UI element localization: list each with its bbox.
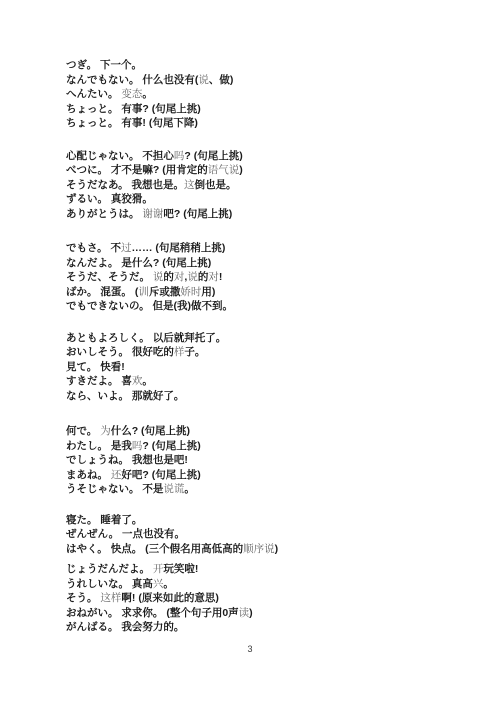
text-run: べつに。 才不是嘛? (用肯定的: [66, 164, 208, 176]
text-run: なら、いよ。 那就好了。: [66, 390, 184, 402]
text-run: 。: [184, 483, 195, 495]
text-run: ): [239, 164, 243, 176]
text-run: まあね。: [66, 469, 111, 481]
text-run: うそじゃない。 不是: [66, 483, 163, 495]
text-run: 吧? (句尾上挑): [163, 208, 232, 220]
simplified-text-run: 对: [208, 271, 219, 283]
text-run: ): [249, 607, 253, 619]
phrase-line: へんたい。 变态。: [66, 87, 470, 102]
phrase-line: なんだよ。 是什么? (句尾上挑): [66, 256, 470, 271]
phrase-line: でもさ。 不过…… (句尾稍稍上挑): [66, 241, 470, 256]
text-run: !: [219, 271, 223, 283]
text-run: おいしそう。 很好吃的: [66, 346, 174, 358]
text-run: ずるい。 真狡猾。: [66, 193, 153, 205]
text-run: でしょうね。 我想也是吧!: [66, 454, 188, 466]
text-run: 見て。 快看!: [66, 361, 125, 373]
simplified-text-run: 说: [187, 271, 198, 283]
simplified-text-run: 顺序说: [243, 543, 275, 555]
text-run: 。: [163, 578, 174, 590]
phrase-line: 見て。 快看!: [66, 360, 470, 375]
simplified-text-run: 开: [153, 563, 164, 575]
phrase-line: おねがい。 求求你。 (整个句子用0声读): [66, 606, 470, 621]
phrase-block: つぎ。 下一个。なんでもない。 什么也没有(说、做)へんたい。 变态。ちょっと。…: [66, 58, 470, 131]
text-run: そう。: [66, 592, 100, 604]
text-run: 。: [142, 375, 153, 387]
text-run: ): [275, 543, 279, 555]
text-run: でもさ。 不: [66, 242, 121, 254]
text-run: 的: [198, 271, 209, 283]
phrase-block: 何で。 为什么? (句尾上挑)わたし。 是我吗? (句尾上挑)でしょうね。 我想…: [66, 424, 470, 497]
phrase-line: がんばる。 我会努力的。: [66, 620, 470, 635]
phrase-line: なら、いよ。 那就好了。: [66, 389, 470, 404]
text-run: 寝た。 睡着了。: [66, 514, 142, 526]
text-run: そうだなあ。 我想也是。: [66, 179, 184, 191]
simplified-text-run: 说谎: [163, 483, 184, 495]
text-run: でもできないの。 但是(我)做不到。: [66, 300, 233, 312]
phrase-line: なんでもない。 什么也没有(说、做): [66, 73, 470, 88]
text-run: なんでもない。 什么也没有(: [66, 74, 198, 86]
phrase-line: おいしそう。 很好吃的样子。: [66, 345, 470, 360]
phrase-line: 心配じゃない。 不担心吗? (句尾上挑): [66, 149, 470, 164]
text-run: ちょっと。 有事? (句尾上挑): [66, 103, 201, 115]
text-run: 啊! (原来如此的意思): [121, 592, 218, 604]
text-run: 倒也是。: [195, 179, 237, 191]
text-run: じょうだんだよ。: [66, 563, 153, 575]
phrase-line: ぜんぜん。 一点也没有。: [66, 527, 470, 542]
text-run: へんたい。: [66, 88, 121, 100]
text-run: 子。: [184, 346, 205, 358]
simplified-text-run: 这: [184, 179, 195, 191]
phrase-line: まあね。 还好吧? (句尾上挑): [66, 468, 470, 483]
simplified-text-run: 语气说: [208, 164, 240, 176]
simplified-text-run: 吗: [174, 150, 185, 162]
simplified-text-run: 这样: [100, 592, 121, 604]
phrase-block: でもさ。 不过…… (句尾稍稍上挑)なんだよ。 是什么? (句尾上挑)そうだ、そ…: [66, 241, 470, 314]
text-run: そうだ、そうだ。: [66, 271, 153, 283]
text-run: 心配じゃない。 不担心: [66, 150, 174, 162]
text-run: なんだよ。 是什么? (句尾上挑): [66, 257, 211, 269]
phrase-line: すきだよ。 喜欢。: [66, 374, 470, 389]
phrase-line: ありがとうは。 谢谢吧? (句尾上挑): [66, 207, 470, 222]
phrase-line: そうだ、そうだ。 说的对,说的对!: [66, 270, 470, 285]
simplified-text-run: 为: [100, 425, 111, 437]
document-page: つぎ。 下一个。なんでもない。 什么也没有(说、做)へんたい。 变态。ちょっと。…: [0, 0, 500, 707]
phrase-line: じょうだんだよ。 开玩笑啦!: [66, 562, 470, 577]
phrase-line: ずるい。 真狡猾。: [66, 192, 470, 207]
phrase-line: 寝た。 睡着了。: [66, 513, 470, 528]
simplified-text-run: 过: [121, 242, 132, 254]
phrase-list: つぎ。 下一个。なんでもない。 什么也没有(说、做)へんたい。 变态。ちょっと。…: [0, 0, 500, 654]
text-run: 好吧? (句尾上挑): [121, 469, 200, 481]
phrase-line: わたし。 是我吗? (句尾上挑): [66, 439, 470, 454]
phrase-line: 何で。 为什么? (句尾上挑): [66, 424, 470, 439]
phrase-line: でもできないの。 但是(我)做不到。: [66, 299, 470, 314]
simplified-text-run: 欢: [132, 375, 143, 387]
text-run: 玩笑啦!: [163, 563, 198, 575]
simplified-text-run: 训: [138, 286, 149, 298]
text-run: あともよろしく。 以后就拜托了。: [66, 332, 226, 344]
text-run: ちょっと。 有事! (句尾下降): [66, 117, 198, 129]
phrase-line: うそじゃない。 不是说谎。: [66, 482, 470, 497]
text-run: つぎ。 下一个。: [66, 59, 142, 71]
phrase-block: 寝た。 睡着了。ぜんぜん。 一点也没有。はやく。 快点。 (三个假名用高低高的顺…: [66, 513, 470, 557]
phrase-line: ばか。 混蛋。 (训斥或撒娇时用): [66, 285, 470, 300]
simplified-text-run: 兴: [153, 578, 164, 590]
phrase-line: そうだなあ。 我想也是。这倒也是。: [66, 178, 470, 193]
text-run: がんばる。 我会努力的。: [66, 621, 184, 633]
phrase-line: でしょうね。 我想也是吧!: [66, 453, 470, 468]
phrase-line: ちょっと。 有事! (句尾下降): [66, 116, 470, 131]
text-run: ありがとうは。: [66, 208, 142, 220]
phrase-line: そう。 这样啊! (原来如此的意思): [66, 591, 470, 606]
simplified-text-run: 谢谢: [142, 208, 163, 220]
text-run: 何で。: [66, 425, 100, 437]
simplified-text-run: 说: [153, 271, 164, 283]
page-number: 3: [0, 644, 500, 654]
phrase-line: べつに。 才不是嘛? (用肯定的语气说): [66, 163, 470, 178]
phrase-line: うれしいな。 真高兴。: [66, 577, 470, 592]
text-run: 斥或撒: [149, 286, 181, 298]
text-run: ? (句尾上挑): [184, 150, 242, 162]
text-run: 用): [201, 286, 215, 298]
text-run: …… (句尾稍稍上挑): [132, 242, 226, 254]
simplified-text-run: 对: [174, 271, 185, 283]
text-run: うれしいな。 真高: [66, 578, 153, 590]
phrase-line: あともよろしく。 以后就拜托了。: [66, 331, 470, 346]
simplified-text-run: 变态: [121, 88, 142, 100]
phrase-line: つぎ。 下一个。: [66, 58, 470, 73]
phrase-line: はやく。 快点。 (三个假名用高低高的顺序说): [66, 542, 470, 557]
text-run: ばか。 混蛋。 (: [66, 286, 138, 298]
text-run: わたし。 是我: [66, 440, 132, 452]
phrase-line: ちょっと。 有事? (句尾上挑): [66, 102, 470, 117]
text-run: 。: [142, 88, 153, 100]
text-run: おねがい。 求求你。 (整个句子用0声: [66, 607, 239, 619]
text-run: すきだよ。 喜: [66, 375, 132, 387]
simplified-text-run: 吗: [132, 440, 143, 452]
text-run: 什么? (句尾上挑): [111, 425, 190, 437]
text-run: ぜんぜん。 一点也没有。: [66, 528, 185, 540]
simplified-text-run: 读: [239, 607, 250, 619]
text-run: ? (句尾上挑): [142, 440, 200, 452]
phrase-block: 心配じゃない。 不担心吗? (句尾上挑)べつに。 才不是嘛? (用肯定的语气说)…: [66, 149, 470, 222]
text-run: 的: [163, 271, 174, 283]
text-run: はやく。 快点。 (三个假名用高低高的: [66, 543, 243, 555]
simplified-text-run: 娇时: [180, 286, 201, 298]
simplified-text-run: 还: [111, 469, 122, 481]
text-run: 、做): [209, 74, 234, 86]
simplified-text-run: 样: [174, 346, 185, 358]
phrase-block: あともよろしく。 以后就拜托了。おいしそう。 很好吃的样子。見て。 快看!すきだ…: [66, 331, 470, 404]
simplified-text-run: 说: [198, 74, 209, 86]
phrase-block: じょうだんだよ。 开玩笑啦!うれしいな。 真高兴。そう。 这样啊! (原来如此的…: [66, 562, 470, 635]
